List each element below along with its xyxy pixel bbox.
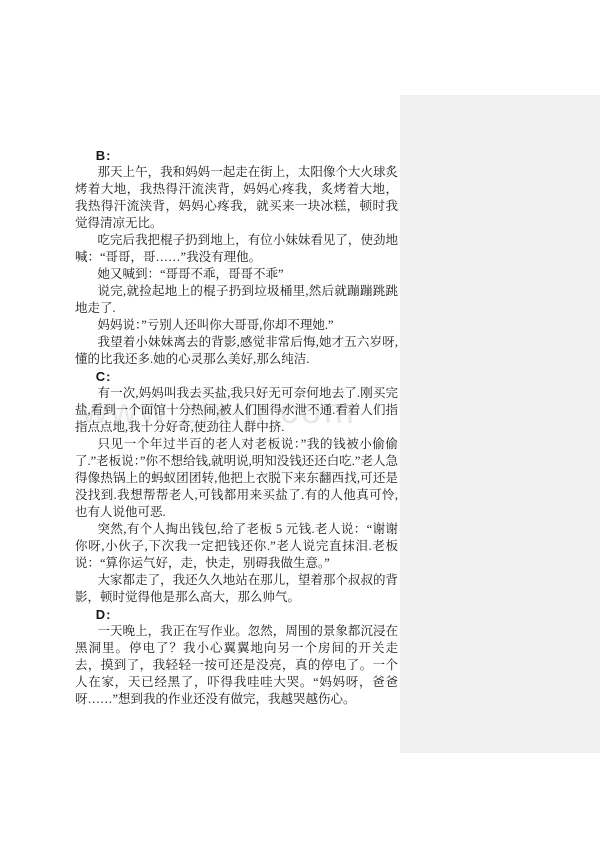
section-label: C: <box>75 368 398 385</box>
section-label: D: <box>75 606 398 623</box>
paragraph: 有一次,妈妈叫我去买盐,我只好无可奈何地去了.刚买完盐,看到一个面馆十分热闹,被… <box>75 385 398 436</box>
paragraph: 吃完后我把棍子扔到地上，有位小妹妹看见了，使劲地喊：“哥哥，哥……”我没有理他。 <box>75 232 398 266</box>
paragraph: 大家都走了，我还久久地站在那儿，望着那个叔叔的背影，顿时觉得他是那么高大，那么帅… <box>75 572 398 606</box>
section-label: B: <box>75 147 398 164</box>
gray-side-panel <box>400 95 600 753</box>
document-page: www.zixin.com B: 那天上午，我和妈妈一起走在街上，太阳像个大火球… <box>0 0 600 849</box>
document-text-block: B: 那天上午，我和妈妈一起走在街上，太阳像个大火球炙烤着大地，我热得汗流浃背，… <box>75 147 398 708</box>
paragraph: 我望着小妹妹离去的背影,感觉非常后悔,她才五六岁呀,懂的比我还多.她的心灵那么美… <box>75 334 398 368</box>
paragraph: 她又喊到：“哥哥不乖，哥哥不乖” <box>75 266 398 283</box>
paragraph: 只见一个年过半百的老人对老板说：”我的钱被小偷偷了.”老板说：”你不想给钱,就明… <box>75 436 398 521</box>
section-b: B: 那天上午，我和妈妈一起走在街上，太阳像个大火球炙烤着大地，我热得汗流浃背，… <box>75 147 398 368</box>
paragraph: 说完,就捡起地上的棍子扔到垃圾桶里,然后就蹦蹦跳跳地走了. <box>75 283 398 317</box>
paragraph: 突然,有个人掏出钱包,给了老板 5 元钱.老人说：“谢谢你呀,小伙子,下次我一定… <box>75 521 398 572</box>
section-c: C: 有一次,妈妈叫我去买盐,我只好无可奈何地去了.刚买完盐,看到一个面馆十分热… <box>75 368 398 606</box>
paragraph: 那天上午，我和妈妈一起走在街上，太阳像个大火球炙烤着大地，我热得汗流浃背，妈妈心… <box>75 164 398 232</box>
paragraph: 妈妈说：”亏别人还叫你大哥哥,你却不理她.” <box>75 317 398 334</box>
section-d: D: 一天晚上，我正在写作业。忽然，周围的景象都沉浸在黑洞里。停电了？我小心翼翼… <box>75 606 398 708</box>
paragraph: 一天晚上，我正在写作业。忽然，周围的景象都沉浸在黑洞里。停电了？我小心翼翼地向另… <box>75 623 398 708</box>
